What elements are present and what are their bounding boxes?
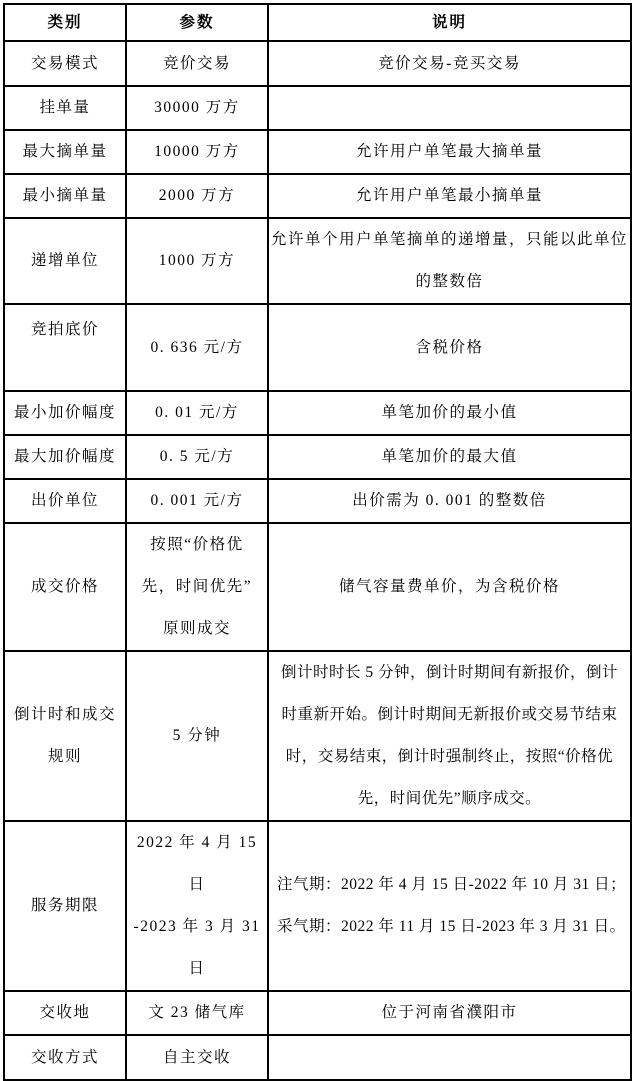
cell-category: 成交价格 — [4, 523, 126, 651]
cell-description — [268, 86, 631, 130]
cell-category: 倒计时和成交 规则 — [4, 651, 126, 821]
cell-category: 出价单位 — [4, 479, 126, 523]
cell-parameter: 自主交收 — [126, 1035, 268, 1080]
cell-description: 倒计时时长 5 分钟，倒计时期间有新报价，倒计 时重新开始。倒计时期间无新报价或… — [268, 651, 631, 821]
cell-parameter: 0. 001 元/方 — [126, 479, 268, 523]
header-category: 类别 — [4, 4, 126, 41]
table-row: 最大加价幅度 0. 5 元/方 单笔加价的最大值 — [4, 435, 631, 479]
cell-parameter: 2022 年 4 月 15 日 -2023 年 3 月 31 日 — [126, 821, 268, 991]
cell-category: 最大加价幅度 — [4, 435, 126, 479]
header-description: 说明 — [268, 4, 631, 41]
cell-category: 交收地 — [4, 991, 126, 1035]
cell-parameter: 0. 01 元/方 — [126, 391, 268, 435]
table-row: 竞拍底价 0. 636 元/方 含税价格 — [4, 304, 631, 391]
cell-category: 交易模式 — [4, 41, 126, 86]
table-row: 最小加价幅度 0. 01 元/方 单笔加价的最小值 — [4, 391, 631, 435]
cell-parameter: 文 23 储气库 — [126, 991, 268, 1035]
cell-parameter: 1000 万方 — [126, 218, 268, 304]
cell-parameter: 2000 万方 — [126, 174, 268, 218]
table-row: 递增单位 1000 万方 允许单个用户单笔摘单的递增量，只能以此单位 的整数倍 — [4, 218, 631, 304]
cell-parameter: 10000 万方 — [126, 130, 268, 174]
cell-category: 最小加价幅度 — [4, 391, 126, 435]
cell-description: 单笔加价的最大值 — [268, 435, 631, 479]
cell-parameter: 0. 5 元/方 — [126, 435, 268, 479]
cell-description: 位于河南省濮阳市 — [268, 991, 631, 1035]
table-row: 交收方式 自主交收 — [4, 1035, 631, 1080]
cell-description: 注气期：2022 年 4 月 15 日-2022 年 10 月 31 日； 采气… — [268, 821, 631, 991]
cell-description — [268, 1035, 631, 1080]
cell-category: 递增单位 — [4, 218, 126, 304]
cell-description: 单笔加价的最小值 — [268, 391, 631, 435]
table-row: 交收地 文 23 储气库 位于河南省濮阳市 — [4, 991, 631, 1035]
table-header-row: 类别 参数 说明 — [4, 4, 631, 41]
table-row: 出价单位 0. 001 元/方 出价需为 0. 001 的整数倍 — [4, 479, 631, 523]
table-row: 挂单量 30000 万方 — [4, 86, 631, 130]
table-row: 服务期限 2022 年 4 月 15 日 -2023 年 3 月 31 日 注气… — [4, 821, 631, 991]
cell-description: 含税价格 — [268, 304, 631, 391]
trading-parameters-table: 类别 参数 说明 交易模式 竞价交易 竞价交易-竞买交易 挂单量 30000 万… — [3, 3, 632, 1081]
cell-description: 允许用户单笔最大摘单量 — [268, 130, 631, 174]
header-parameter: 参数 — [126, 4, 268, 41]
cell-category: 竞拍底价 — [4, 304, 126, 391]
table-row: 最大摘单量 10000 万方 允许用户单笔最大摘单量 — [4, 130, 631, 174]
table-row: 成交价格 按照“价格优 先，时间优先” 原则成交 储气容量费单价，为含税价格 — [4, 523, 631, 651]
cell-category: 交收方式 — [4, 1035, 126, 1080]
cell-category: 挂单量 — [4, 86, 126, 130]
cell-category: 最大摘单量 — [4, 130, 126, 174]
cell-category: 服务期限 — [4, 821, 126, 991]
cell-description: 允许用户单笔最小摘单量 — [268, 174, 631, 218]
cell-parameter: 5 分钟 — [126, 651, 268, 821]
table-row: 交易模式 竞价交易 竞价交易-竞买交易 — [4, 41, 631, 86]
cell-description: 储气容量费单价，为含税价格 — [268, 523, 631, 651]
cell-category: 最小摘单量 — [4, 174, 126, 218]
cell-description: 出价需为 0. 001 的整数倍 — [268, 479, 631, 523]
cell-parameter: 30000 万方 — [126, 86, 268, 130]
cell-parameter: 按照“价格优 先，时间优先” 原则成交 — [126, 523, 268, 651]
cell-description: 允许单个用户单笔摘单的递增量，只能以此单位 的整数倍 — [268, 218, 631, 304]
table-row: 倒计时和成交 规则 5 分钟 倒计时时长 5 分钟，倒计时期间有新报价，倒计 时… — [4, 651, 631, 821]
cell-description: 竞价交易-竞买交易 — [268, 41, 631, 86]
table-row: 最小摘单量 2000 万方 允许用户单笔最小摘单量 — [4, 174, 631, 218]
cell-parameter: 0. 636 元/方 — [126, 304, 268, 391]
cell-parameter: 竞价交易 — [126, 41, 268, 86]
